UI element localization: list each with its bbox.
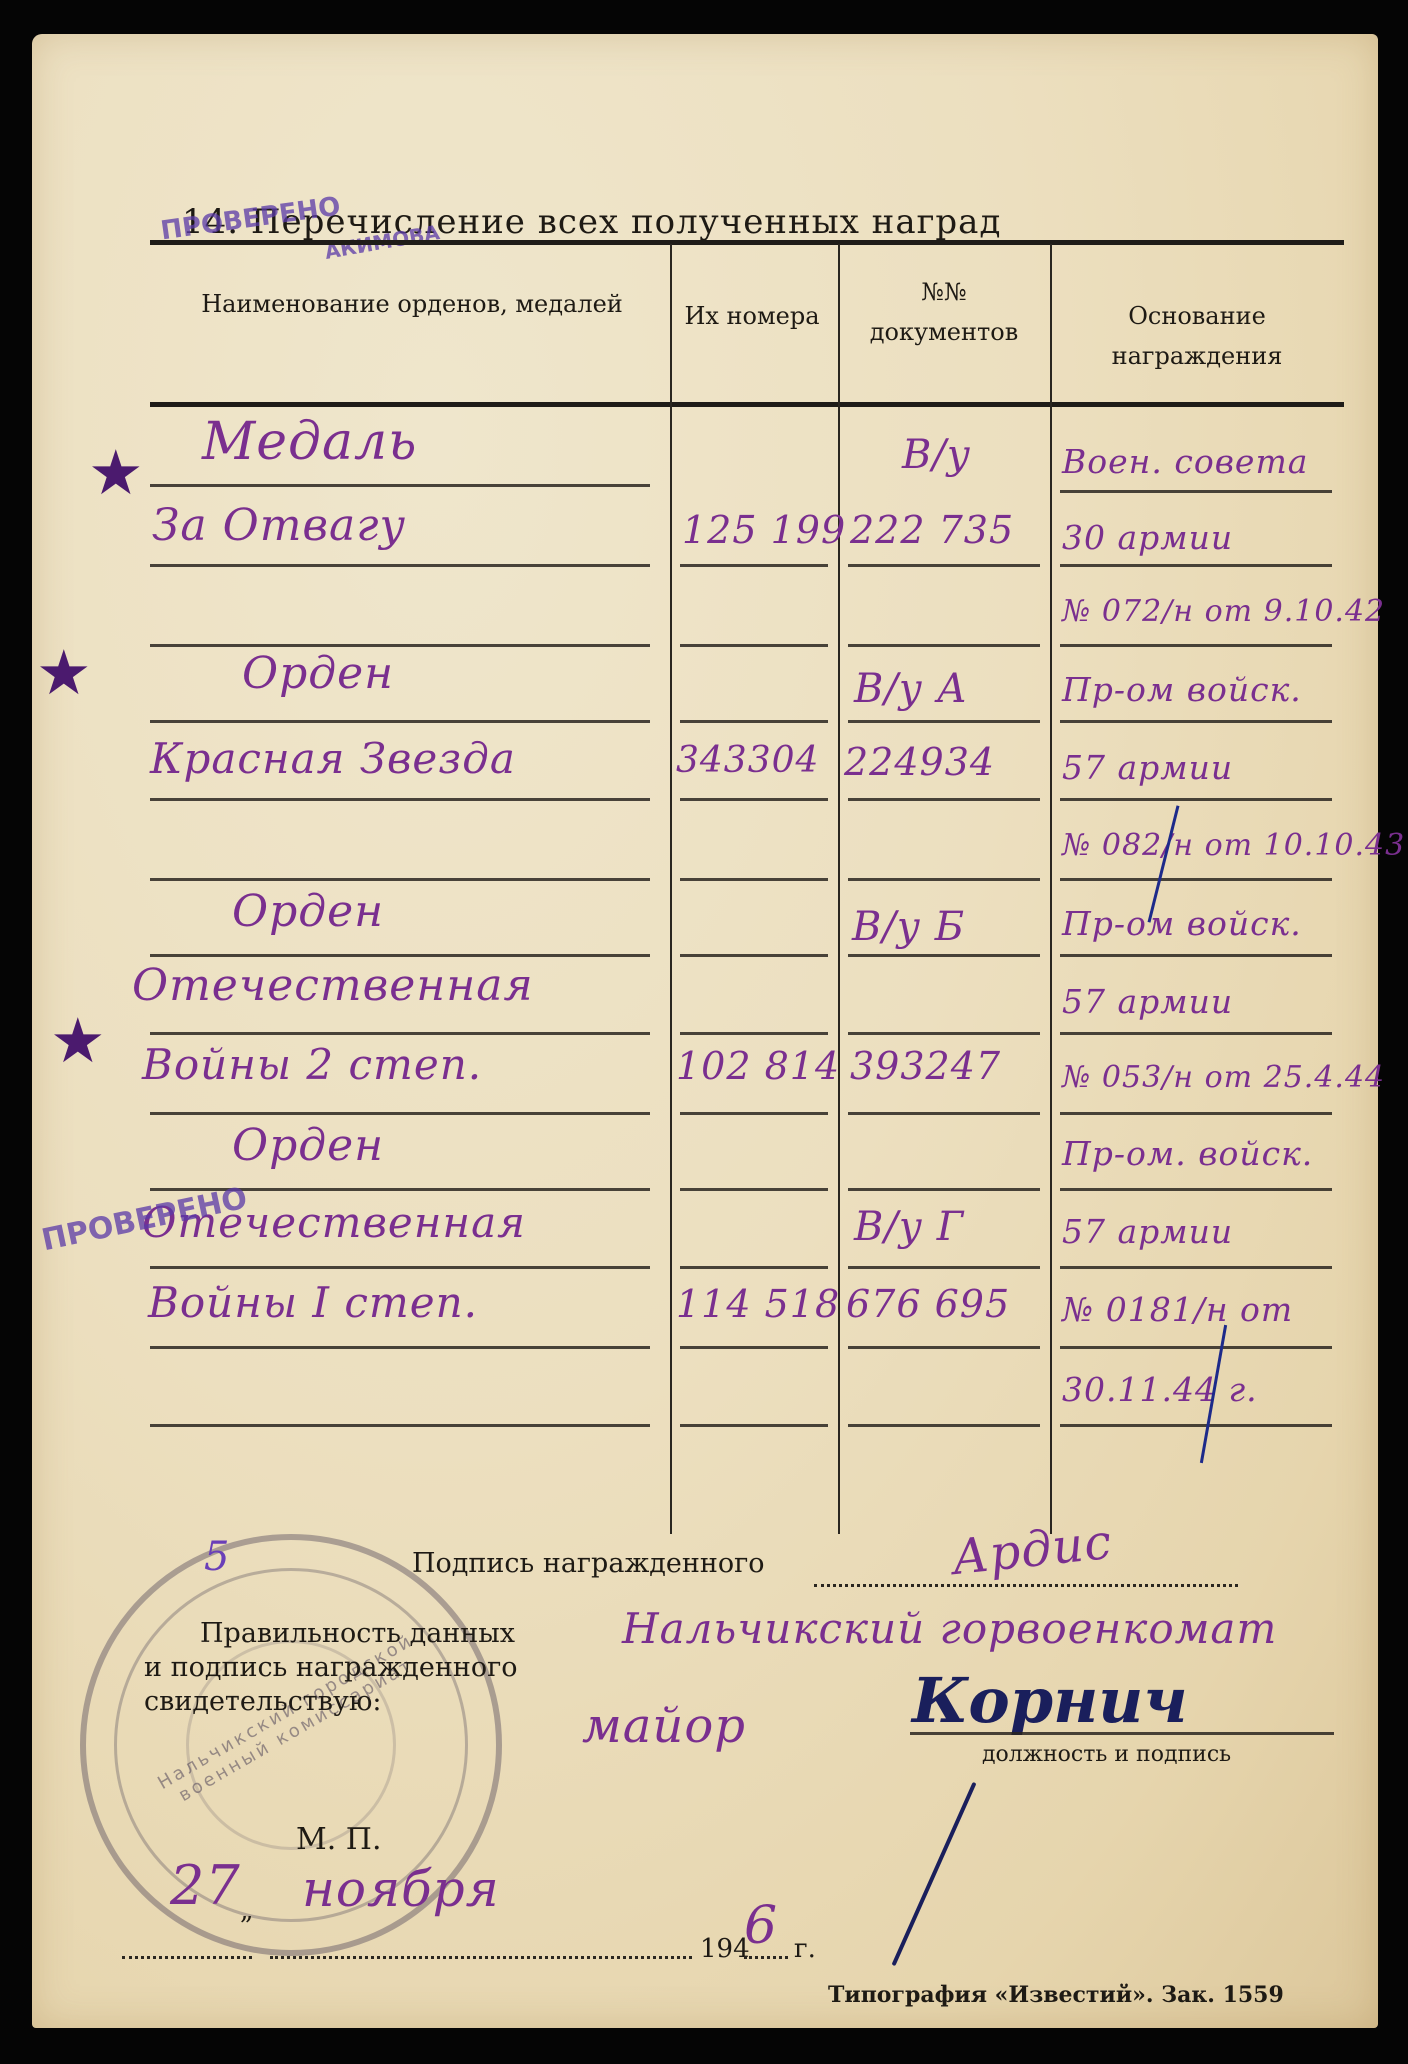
star-mark-icon: ★ [88,442,144,504]
awardee-signature-line [814,1584,1238,1587]
award-name-line: Орден [232,1120,384,1171]
date-year-prefix: 194 [700,1934,750,1964]
award-basis-line: 57 армии [1062,1212,1233,1251]
award-name-line: Орден [232,886,384,937]
award-name-line: Красная Звезда [150,734,516,783]
date-day-line [122,1956,252,1959]
table-top-rule [150,240,1344,245]
header-documents-text: №№ документов [870,278,1018,346]
certifier-signature: Корнич [912,1664,1188,1737]
award-basis-line: № 0181/н от [1062,1290,1293,1329]
document-series: В/у Г [854,1204,964,1250]
award-name-line: Отечественная [132,960,534,1011]
award-basis-line: 57 армии [1062,748,1233,787]
award-basis-line: Пр-ом войск. [1062,904,1302,943]
header-numbers-text: Их номера [684,302,819,330]
award-name-line: Войны I степ. [148,1278,478,1327]
award-name-line: За Отвагу [152,500,406,551]
star-mark-icon: ★ [50,1010,106,1072]
date-month: ноября [302,1860,500,1918]
award-basis-line: Воен. совета [1062,442,1308,481]
column-divider-2 [838,244,840,1534]
award-basis-line: Пр-ом. войск. [1062,1134,1313,1173]
award-name-line: Орден [242,648,394,699]
awardee-signature-label: Подпись награжденного [412,1548,765,1579]
award-basis-line: 57 армии [1062,982,1233,1021]
date-year-suffix: г. [794,1934,816,1964]
award-name-line: Медаль [202,412,417,472]
position-caption: должность и подпись [982,1742,1231,1767]
table-header-rule [150,402,1344,407]
certifier-rank: майор [582,1698,746,1754]
seal-place-marker: М. П. [296,1822,382,1857]
document-number: 224934 [844,740,995,784]
award-basis-line: № 072/н от 9.10.42 [1062,594,1385,629]
date-year-digit: 6 [744,1896,778,1956]
certify-label-1: Правильность данных [200,1618,515,1649]
date-day: 27 [170,1854,241,1917]
column-divider-3 [1050,244,1052,1534]
award-basis-line: № 053/н от 25.4.44 [1062,1060,1385,1095]
award-number: 343304 [676,740,819,781]
award-number: 102 814 [676,1044,840,1088]
award-basis-line: Пр-ом войск. [1062,670,1302,709]
position-signature-line [910,1732,1334,1735]
date-quote: „ [240,1896,253,1926]
document-number: 222 735 [850,508,1014,552]
award-basis-line: 30 армии [1062,518,1233,557]
document-number: 393247 [850,1044,1001,1088]
certify-label-2: и подпись награжденного [144,1652,518,1683]
header-award-name-text: Наименование орденов, медалей [201,290,623,318]
certifier-office: Нальчикский горвоенкомат [622,1604,1277,1653]
document-series: В/у Б [852,904,965,950]
header-numbers: Их номера [677,296,827,336]
printer-imprint: Типография «Известий». Зак. 1559 [828,1982,1284,2008]
awardee-signature: Ардис [950,1514,1115,1586]
award-name-line: Войны 2 степ. [142,1040,482,1089]
header-basis-text: Основание награждения [1112,302,1283,370]
header-basis: Основание награждения [1062,296,1332,376]
document-number: 676 695 [846,1282,1010,1326]
award-record-page: 14. Перечисление всех полученных наград … [32,34,1378,2028]
column-divider-1 [670,244,672,1534]
date-year-line [744,1956,788,1959]
certify-label-3: свидетельствую: [144,1686,381,1717]
star-mark-icon: ★ [36,642,92,704]
award-number: 114 518 [676,1282,840,1326]
document-series: В/у [902,432,971,478]
header-award-name: Наименование орденов, медалей [172,284,652,324]
award-basis-line: № 082/н от 10.10.43 [1062,828,1405,863]
margin-mark: 5 [204,1534,229,1580]
award-basis-line: 30.11.44 г. [1062,1370,1258,1409]
document-series: В/у А [854,666,968,712]
header-documents: №№ документов [854,272,1034,352]
award-number: 125 199 [682,508,846,552]
certifier-signature-flourish [891,1782,976,1966]
date-month-line [270,1956,692,1959]
